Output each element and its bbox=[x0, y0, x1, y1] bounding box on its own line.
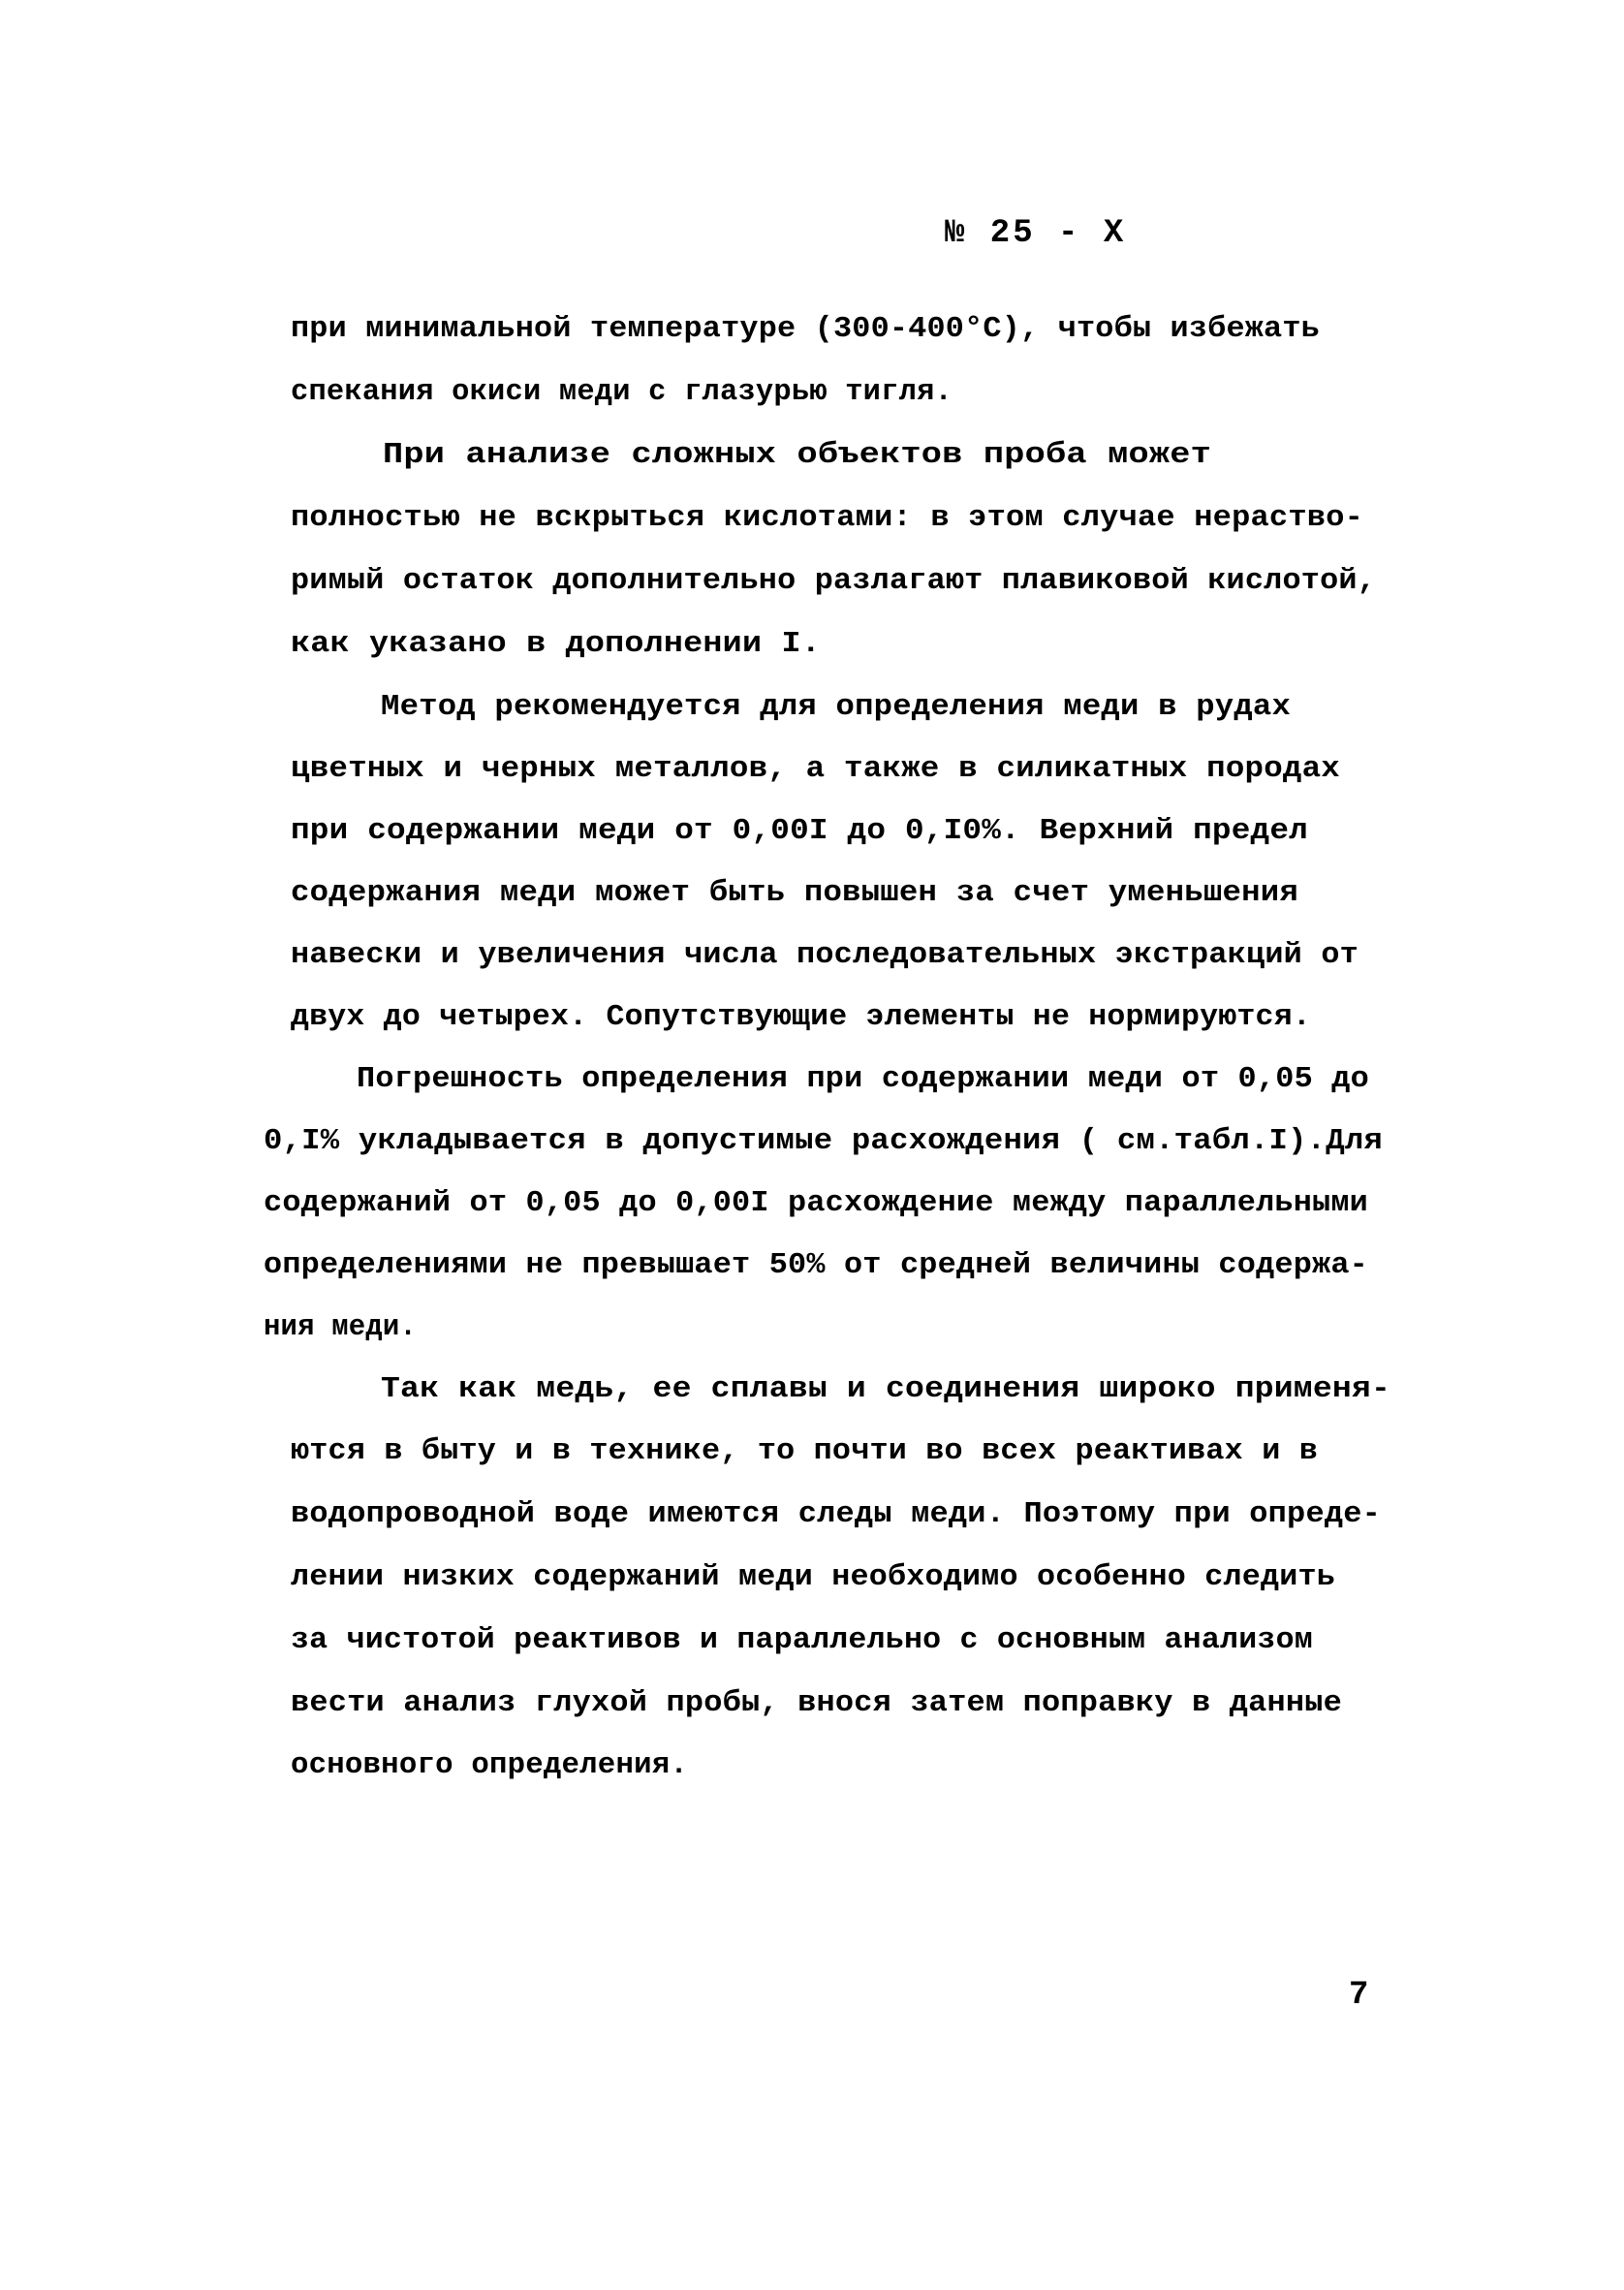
text-line: двух до четырех. Сопутствующие элементы … bbox=[291, 1000, 1311, 1034]
text-line: навески и увеличения числа последователь… bbox=[291, 938, 1359, 972]
text-line: лении низких содержаний меди необходимо … bbox=[291, 1560, 1335, 1594]
text-line: римый остаток дополнительно разлагают пл… bbox=[291, 564, 1376, 598]
text-line: ния меди. bbox=[264, 1310, 417, 1344]
text-line: как указано в дополнении I. bbox=[291, 627, 821, 661]
text-line: основного определения. bbox=[291, 1748, 688, 1782]
document-page: № 25 - Х при минимальной температуре (30… bbox=[0, 0, 1624, 2290]
text-line: за чистотой реактивов и параллельно с ос… bbox=[291, 1623, 1313, 1657]
text-line: Погрешность определения при содержании м… bbox=[357, 1062, 1369, 1096]
document-number: № 25 - Х bbox=[945, 215, 1126, 252]
text-line: при минимальной температуре (300-400°С),… bbox=[291, 312, 1320, 346]
text-line: содержаний от 0,05 до 0,00I расхождение … bbox=[264, 1186, 1368, 1220]
text-line: при содержании меди от 0,00I до 0,I0%. В… bbox=[291, 814, 1308, 848]
text-line: 0,I% укладывается в допустимые расхожден… bbox=[264, 1124, 1383, 1158]
text-line: содержания меди может быть повышен за сч… bbox=[291, 876, 1298, 910]
text-line: ются в быту и в технике, то почти во все… bbox=[291, 1434, 1318, 1468]
text-line: Так как медь, ее сплавы и соединения шир… bbox=[381, 1372, 1390, 1406]
page-number: 7 bbox=[1349, 1977, 1368, 2014]
text-line: определениями не превышает 50% от средне… bbox=[264, 1248, 1368, 1282]
text-line: При анализе сложных объектов проба может bbox=[383, 438, 1211, 472]
text-line: Метод рекомендуется для определения меди… bbox=[381, 690, 1291, 724]
text-line: водопроводной воде имеются следы меди. П… bbox=[291, 1497, 1381, 1531]
text-line: спекания окиси меди с глазурью тигля. bbox=[291, 375, 953, 409]
text-line: полностью не вскрыться кислотами: в этом… bbox=[291, 501, 1363, 535]
text-line: цветных и черных металлов, а также в сил… bbox=[291, 752, 1340, 786]
text-line: вести анализ глухой пробы, внося затем п… bbox=[291, 1686, 1342, 1720]
